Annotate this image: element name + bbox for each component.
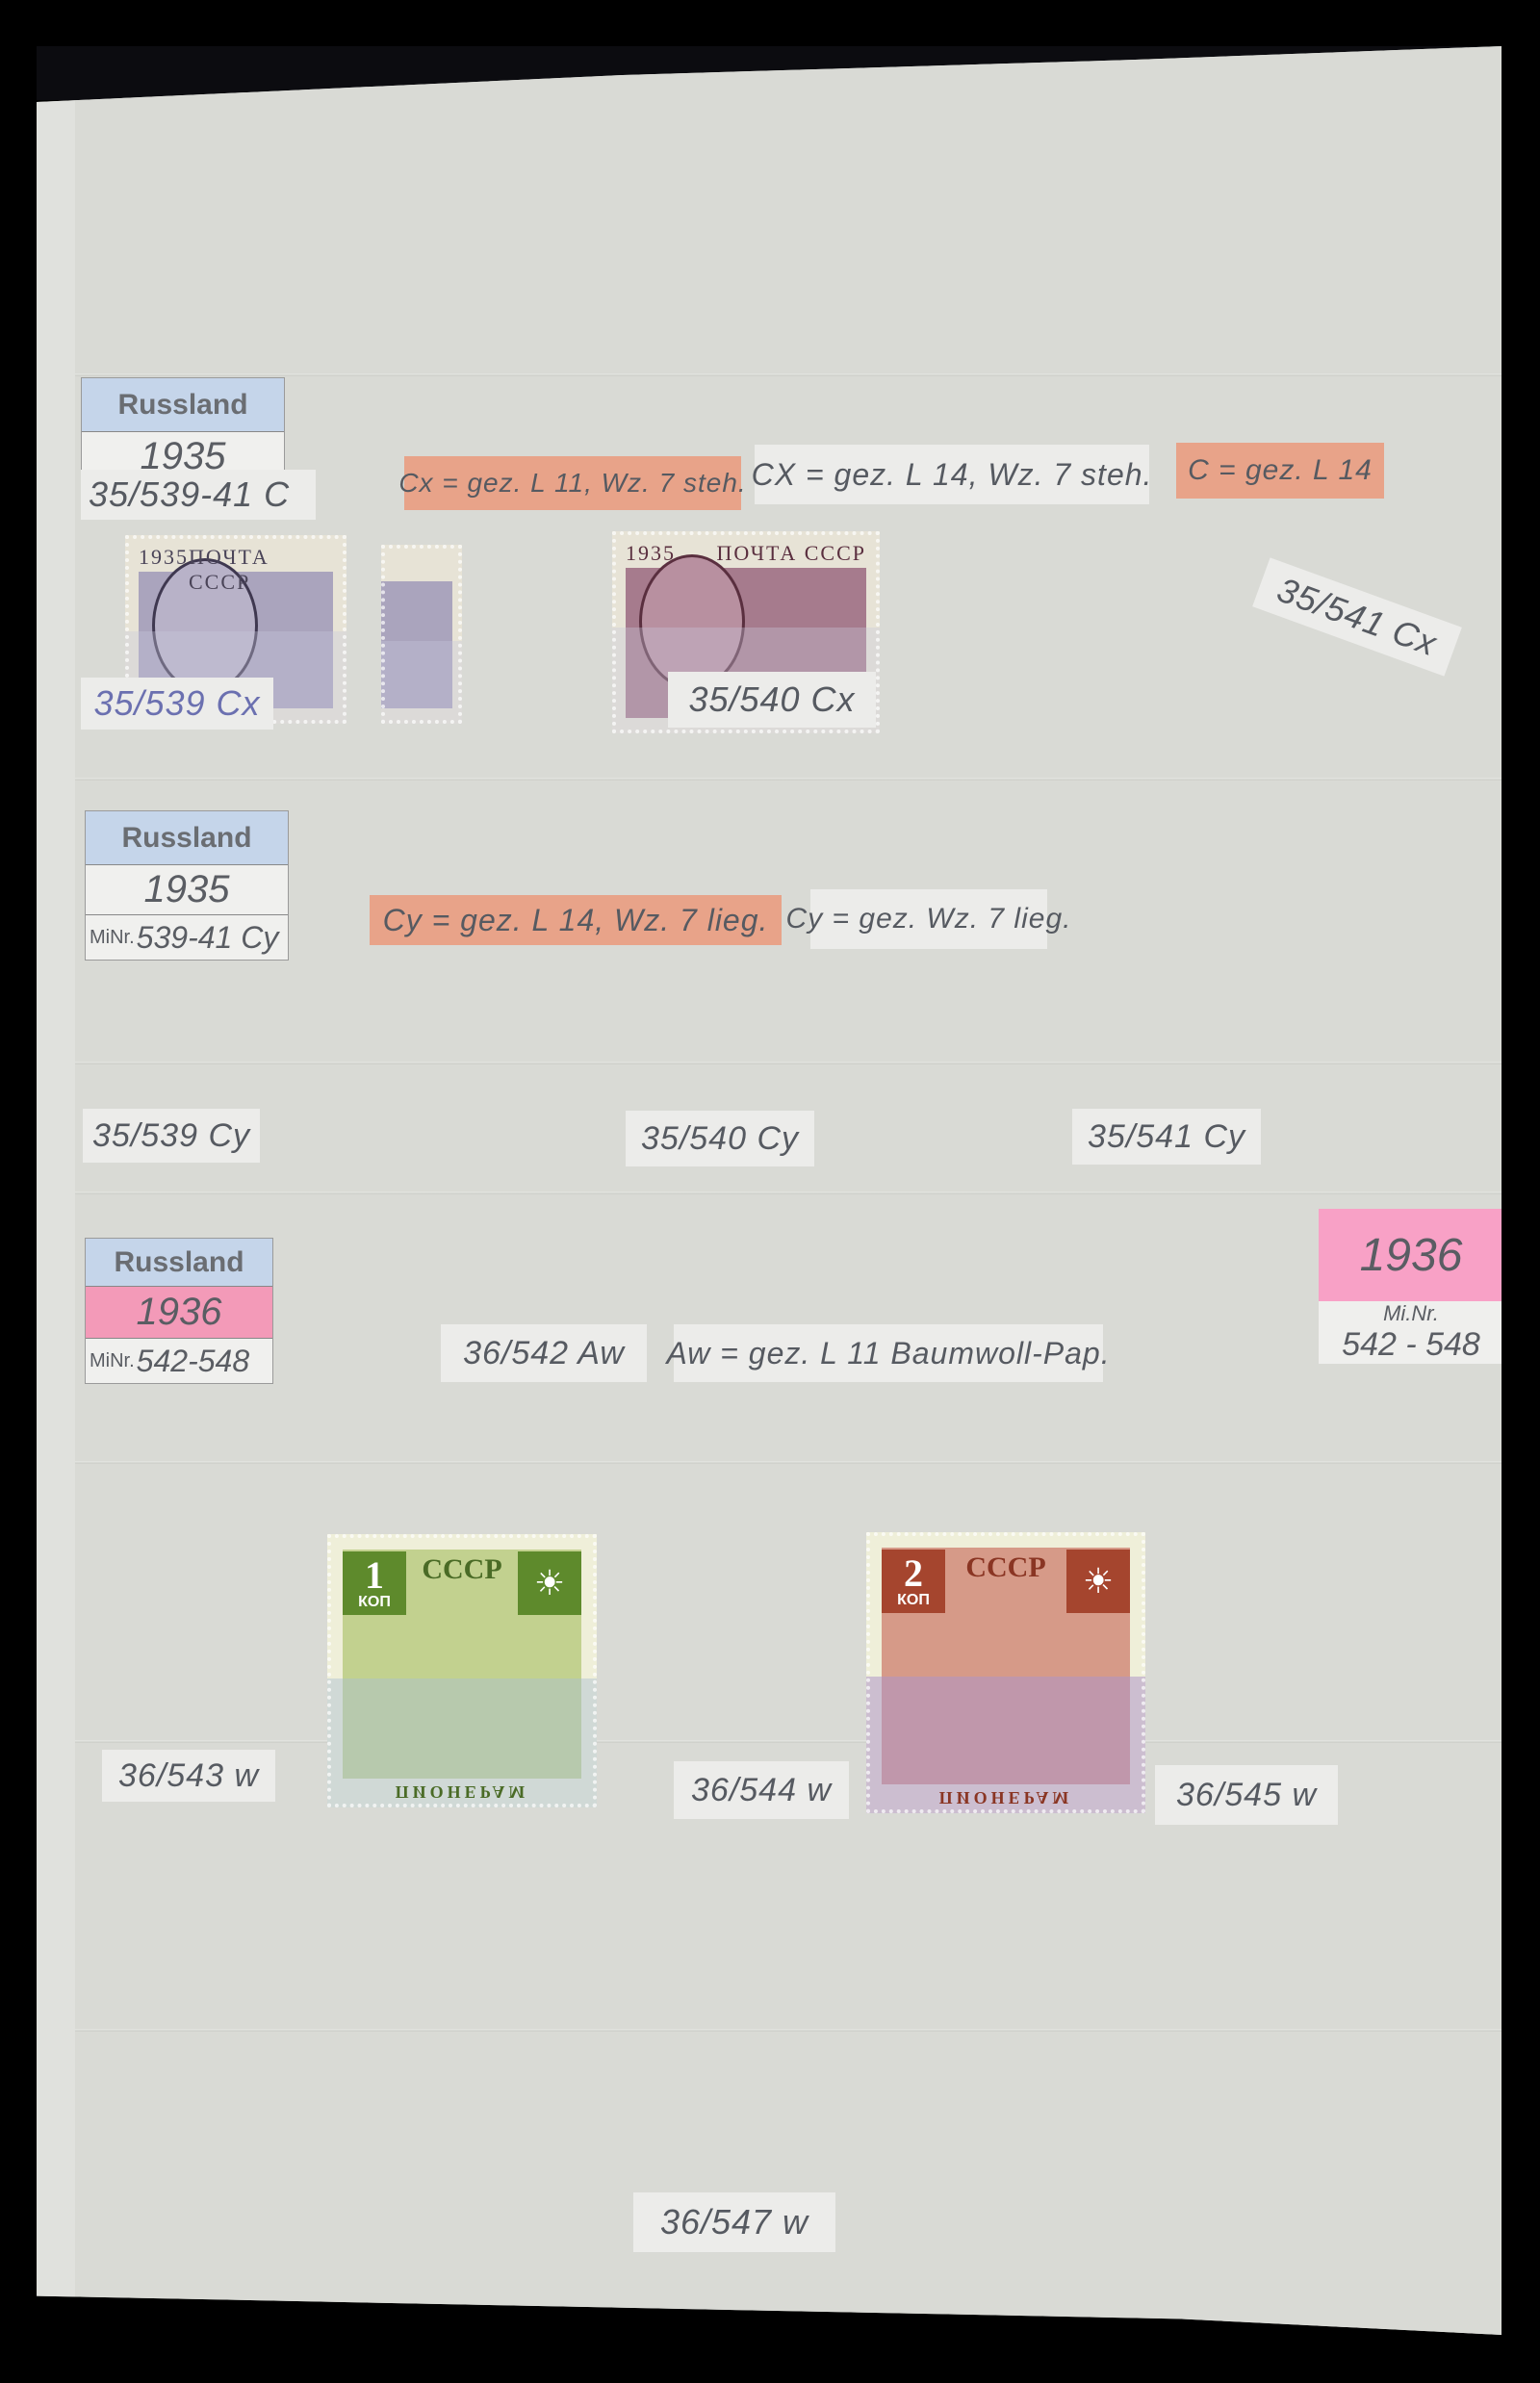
perforation xyxy=(381,545,462,724)
catalog-range-label: 35/539-41 C xyxy=(81,470,316,520)
perforation xyxy=(327,1534,597,1807)
country-name: Russland xyxy=(86,811,288,865)
pocket-strip xyxy=(75,1062,1501,1064)
pocket-strip xyxy=(75,778,1501,781)
stamp-label-543w: 36/543 w xyxy=(102,1750,275,1802)
year-tag-year: 1936 xyxy=(1319,1209,1503,1301)
year-tag-1936: 1936 Mi.Nr. 542 - 548 xyxy=(1319,1209,1503,1364)
year-label: 1936 xyxy=(86,1287,272,1339)
country-name: Russland xyxy=(82,378,284,432)
pocket-strip xyxy=(75,1191,1501,1194)
note-c-l14: C = gez. L 14 xyxy=(1176,443,1384,499)
stamp-label-540cx: 35/540 Cx xyxy=(668,672,876,728)
year-tag-range: 542 - 548 xyxy=(1319,1326,1503,1364)
country-box-1935-c: Russland 1935 xyxy=(81,377,285,483)
catalog-range-label: MiNr.542-548 xyxy=(86,1339,272,1383)
stamp-label-542aw: 36/542 Aw xyxy=(441,1324,647,1382)
catalog-range-label: MiNr.539-41 Cy xyxy=(86,915,288,960)
note-cx-l14: CX = gez. L 14, Wz. 7 steh. xyxy=(755,445,1149,504)
stamp-544w: 2КОП СССР ☀ ПИОНЕРАМ xyxy=(866,1532,1145,1813)
stamp-539cx-pair xyxy=(381,545,462,724)
stamp-label-539cx: 35/539 Cx xyxy=(81,678,273,730)
note-aw: Aw = gez. L 11 Baumwoll-Pap. xyxy=(674,1324,1103,1382)
note-cx-l11: Cx = gez. L 11, Wz. 7 steh. xyxy=(404,456,741,510)
stamp-label-539cy: 35/539 Cy xyxy=(83,1109,260,1163)
note-cy-l14: Cy = gez. L 14, Wz. 7 lieg. xyxy=(370,895,782,945)
country-box-1935-cy: Russland 1935 MiNr.539-41 Cy xyxy=(85,810,289,961)
note-cy: Cy = gez. Wz. 7 lieg. xyxy=(810,889,1047,949)
year-label: 1935 xyxy=(86,865,288,915)
stamp-label-541cy: 35/541 Cy xyxy=(1072,1109,1261,1165)
stamp-543w: 1КОП СССР ☀ ПИОНЕРАМ xyxy=(327,1534,597,1807)
pocket-strip xyxy=(75,373,1501,376)
stamp-label-544w: 36/544 w xyxy=(674,1761,849,1819)
pocket-strip xyxy=(75,2029,1501,2032)
perforation xyxy=(866,1532,1145,1813)
pocket-strip xyxy=(75,1740,1501,1743)
page-edge xyxy=(1501,1193,1540,1405)
stamp-label-540cy: 35/540 Cy xyxy=(626,1111,814,1166)
pocket-strip xyxy=(75,1461,1501,1464)
stamp-label-547w: 36/547 w xyxy=(633,2192,835,2252)
country-box-1936: Russland 1936 MiNr.542-548 xyxy=(85,1238,273,1384)
country-name: Russland xyxy=(86,1239,272,1287)
stamp-label-545w: 36/545 w xyxy=(1155,1765,1338,1825)
year-tag-mi: Mi.Nr. xyxy=(1319,1301,1503,1326)
